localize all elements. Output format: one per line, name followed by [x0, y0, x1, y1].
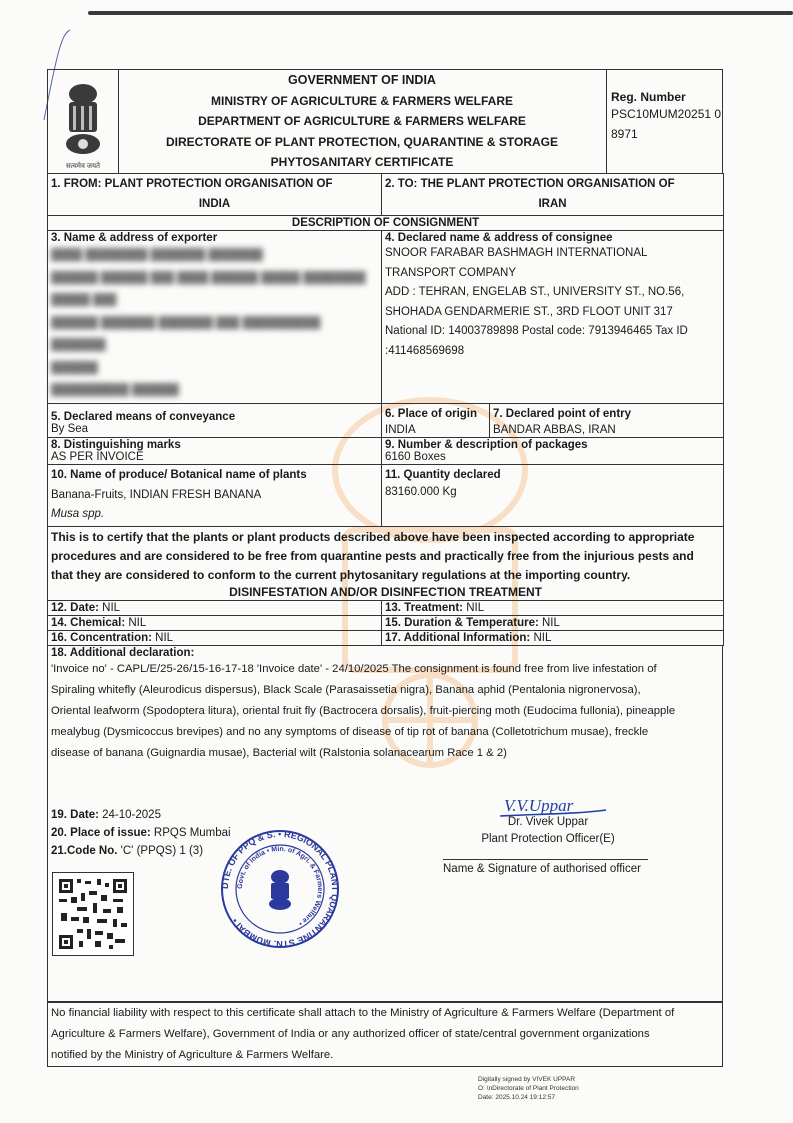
chemical-value: NIL	[128, 617, 146, 629]
signature-line	[443, 859, 648, 860]
marks-value: AS PER INVOICE	[51, 451, 378, 463]
quantity-cell: 11. Quantity declared 83160.000 Kg	[382, 465, 724, 527]
produce-value: Banana-Fruits, INDIAN FRESH BANANA	[51, 486, 378, 506]
botanical-name: Musa spp.	[51, 505, 378, 525]
officer-details: Dr. Vivek Uppar Plant Protection Officer…	[448, 814, 648, 848]
certificate-header: सत्यमेव जयते GOVERNMENT OF INDIA MINISTR…	[47, 69, 723, 173]
conveyance-cell: 5. Declared means of conveyance By Sea	[48, 403, 382, 438]
certificate-title-block: GOVERNMENT OF INDIA MINISTRY OF AGRICULT…	[118, 70, 606, 173]
liability-disclaimer: No financial liability with respect to t…	[47, 1002, 723, 1067]
qr-code-icon[interactable]	[52, 872, 134, 956]
consignee-line: SHOHADA GENDARMERIE ST., 3RD FLOOT UNIT …	[385, 303, 720, 323]
treatment-row-2: 14. Chemical: NIL 15. Duration & Tempera…	[48, 615, 724, 630]
officer-name: Dr. Vivek Uppar	[448, 814, 648, 831]
treatment-date-value: NIL	[102, 602, 120, 614]
conveyance-value: By Sea	[51, 423, 378, 435]
chemical-cell: 14. Chemical: NIL	[48, 615, 382, 630]
exporter-label: 3. Name & address of exporter	[51, 232, 378, 244]
treatment-type-cell: 13. Treatment: NIL	[382, 600, 724, 615]
reg-number-label: Reg. Number	[611, 90, 723, 104]
signature-caption: Name & Signature of authorised officer	[443, 863, 641, 875]
exporter-address-redacted: ████ ████████ ███████ ███████ ██████ ███…	[51, 244, 378, 402]
concentration-cell: 16. Concentration: NIL	[48, 630, 382, 645]
conveyance-label: 5. Declared means of conveyance	[51, 411, 378, 423]
origin-label: 6. Place of origin	[385, 405, 486, 425]
treatment-section-title: DISINFESTATION AND/OR DISINFECTION TREAT…	[51, 585, 720, 599]
svg-text:V.V.Uppar: V.V.Uppar	[504, 796, 574, 815]
emblem-cell: सत्यमेव जयते	[48, 70, 119, 173]
certification-statement: This is to certify that the plants or pl…	[48, 526, 724, 600]
quantity-label: 11. Quantity declared	[385, 466, 720, 486]
consignee-label: 4. Declared name & address of consignee	[385, 232, 720, 244]
entry-value: BANDAR ABBAS, IRAN	[493, 424, 720, 436]
produce-label: 10. Name of produce/ Botanical name of p…	[51, 466, 378, 486]
from-cell: 1. FROM: PLANT PROTECTION ORGANISATION O…	[48, 174, 382, 216]
produce-quantity-row: 10. Name of produce/ Botanical name of p…	[48, 465, 724, 527]
official-stamp-icon: DTE. OF PPQ & S. • REGIONAL PLANT QUARAN…	[220, 829, 340, 949]
packages-label: 9. Number & description of packages	[385, 439, 720, 451]
emblem-motto: सत्यमेव जयते	[48, 162, 118, 171]
declaration-label: 18. Additional declaration:	[51, 647, 719, 659]
reg-number-value: PSC10MUM20251 08971	[611, 104, 723, 144]
marks-packages-row: 8. Distinguishing marks AS PER INVOICE 9…	[48, 438, 724, 465]
consignee-cell: 4. Declared name & address of consignee …	[382, 231, 724, 404]
exporter-cell: 3. Name & address of exporter ████ █████…	[48, 231, 382, 404]
duration-cell: 15. Duration & Temperature: NIL	[382, 615, 724, 630]
from-to-row: 1. FROM: PLANT PROTECTION ORGANISATION O…	[48, 174, 724, 216]
certificate-table: 1. FROM: PLANT PROTECTION ORGANISATION O…	[47, 173, 724, 646]
marks-cell: 8. Distinguishing marks AS PER INVOICE	[48, 438, 382, 465]
issue-info: 19. Date: 24-10-2025 20. Place of issue:…	[51, 806, 231, 860]
declaration-signature-area: 18. Additional declaration: 'Invoice no'…	[47, 646, 723, 1002]
issue-date: 24-10-2025	[102, 809, 161, 821]
registration-cell: Reg. Number PSC10MUM20251 08971	[606, 70, 723, 173]
origin-value: INDIA	[385, 424, 486, 436]
phytosanitary-certificate: सत्यमेव जयते GOVERNMENT OF INDIA MINISTR…	[47, 69, 723, 1067]
exporter-consignee-row: 3. Name & address of exporter ████ █████…	[48, 231, 724, 404]
produce-cell: 10. Name of produce/ Botanical name of p…	[48, 465, 382, 527]
from-value: INDIA	[51, 195, 378, 215]
marks-label: 8. Distinguishing marks	[51, 439, 378, 451]
certificate-title: PHYTOSANITARY CERTIFICATE	[118, 152, 606, 173]
treatment-row-1: 12. Date: NIL 13. Treatment: NIL	[48, 600, 724, 615]
paper-edge-shadow	[88, 11, 793, 15]
officer-title: Plant Protection Officer(E)	[448, 831, 648, 848]
consignee-line: ADD : TEHRAN, ENGELAB ST., UNIVERSITY ST…	[385, 283, 720, 303]
consignee-line: TRANSPORT COMPANY	[385, 264, 720, 284]
entry-label: 7. Declared point of entry	[493, 405, 720, 425]
to-label: 2. TO: THE PLANT PROTECTION ORGANISATION…	[385, 175, 720, 195]
national-emblem-icon	[58, 80, 108, 160]
quantity-value: 83160.000 Kg	[385, 486, 720, 498]
government-title: GOVERNMENT OF INDIA	[118, 70, 606, 91]
code-number: 'C' (PPQS) 1 (3)	[121, 845, 203, 857]
directorate-title: DIRECTORATE OF PLANT PROTECTION, QUARANT…	[118, 132, 606, 153]
concentration-value: NIL	[155, 632, 173, 644]
treatment-date-cell: 12. Date: NIL	[48, 600, 382, 615]
treatment-row-3: 16. Concentration: NIL 17. Additional In…	[48, 630, 724, 645]
packages-value: 6160 Boxes	[385, 451, 720, 463]
digital-signature-block: Digitally signed by VIVEK UPPAR O: \nDir…	[478, 1075, 579, 1102]
ministry-title: MINISTRY OF AGRICULTURE & FARMERS WELFAR…	[118, 91, 606, 112]
consignee-line: :411468569698	[385, 342, 720, 362]
to-cell: 2. TO: THE PLANT PROTECTION ORGANISATION…	[382, 174, 724, 216]
entry-cell: 7. Declared point of entry BANDAR ABBAS,…	[490, 403, 724, 438]
packages-cell: 9. Number & description of packages 6160…	[382, 438, 724, 465]
department-title: DEPARTMENT OF AGRICULTURE & FARMERS WELF…	[118, 111, 606, 132]
treatment-type-value: NIL	[466, 602, 484, 614]
conveyance-origin-row: 5. Declared means of conveyance By Sea 6…	[48, 403, 724, 438]
origin-cell: 6. Place of origin INDIA	[382, 403, 490, 438]
consignee-line: National ID: 14003789898 Postal code: 79…	[385, 322, 720, 342]
duration-value: NIL	[542, 617, 560, 629]
from-label: 1. FROM: PLANT PROTECTION ORGANISATION O…	[51, 175, 378, 195]
additional-info-value: NIL	[533, 632, 551, 644]
to-value: IRAN	[385, 195, 720, 215]
consignee-line: SNOOR FARABAR BASHMAGH INTERNATIONAL	[385, 244, 720, 264]
additional-info-cell: 17. Additional Information: NIL	[382, 630, 724, 645]
consignment-section-title: DESCRIPTION OF CONSIGNMENT	[48, 216, 724, 231]
additional-declaration: 18. Additional declaration: 'Invoice no'…	[48, 646, 722, 765]
